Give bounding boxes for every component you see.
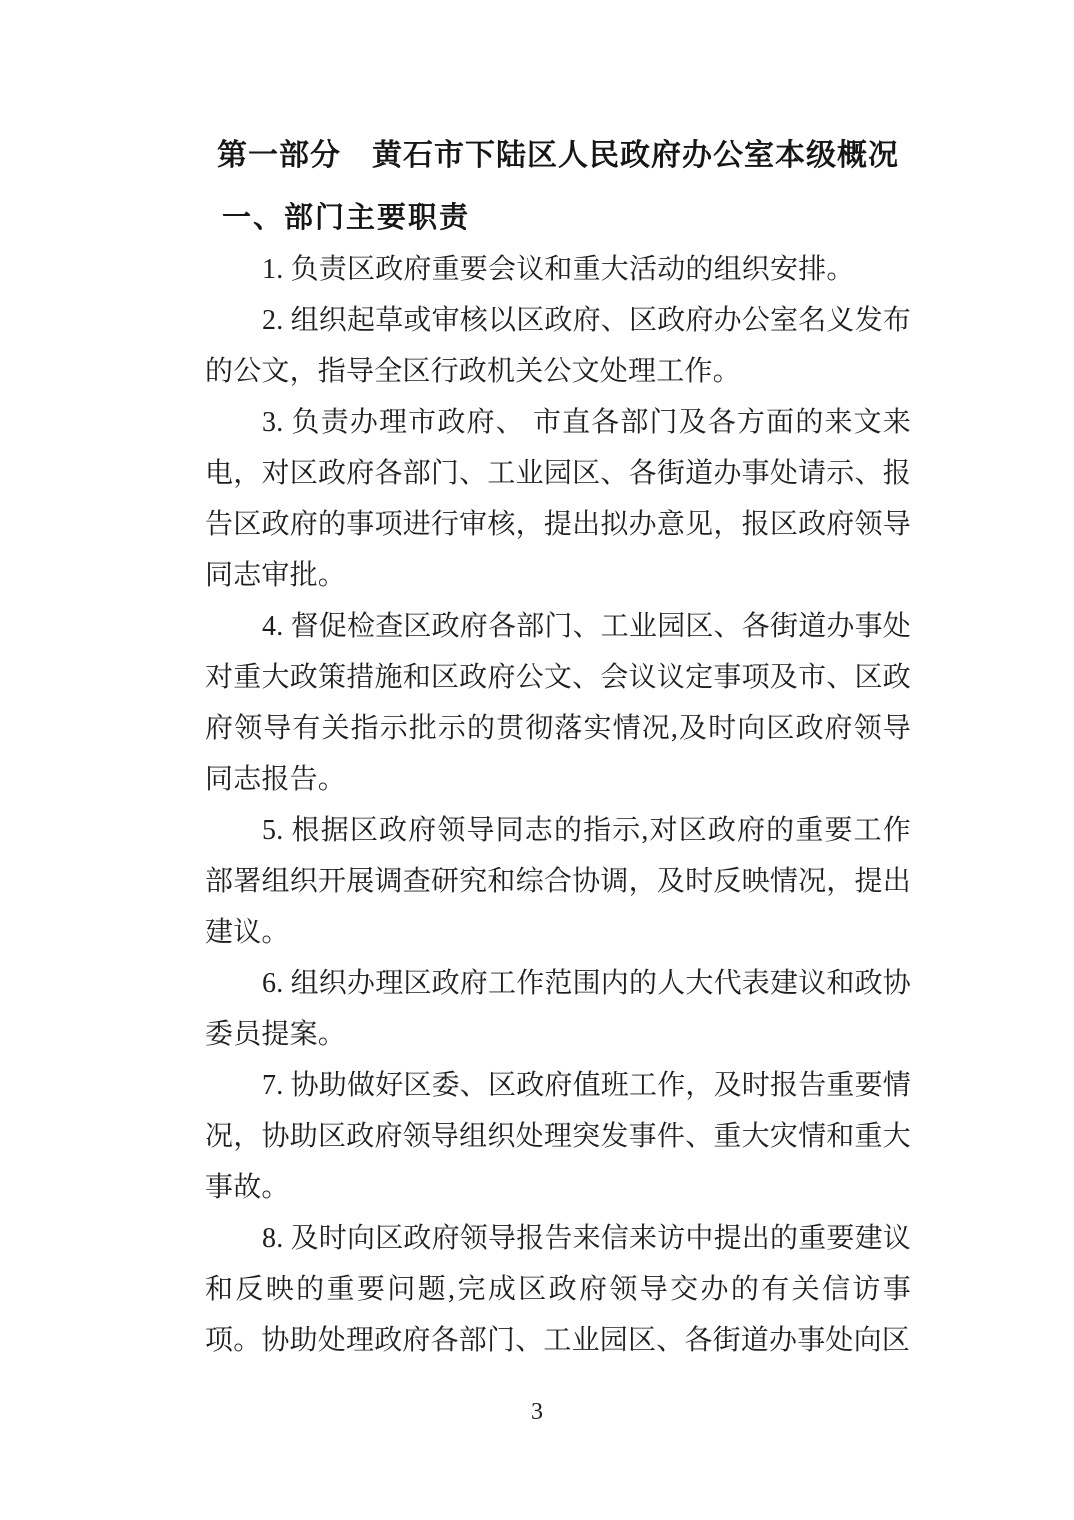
- document-content: 第一部分 黄石市下陆区人民政府办公室本级概况 一、部门主要职责 1. 负责区政府…: [205, 134, 911, 1366]
- page-number: 3: [531, 1396, 543, 1428]
- paragraph-duty-4: 4. 督促检查区政府各部门、工业园区、各街道办事处对重大政策措施和区政府公文、会…: [205, 601, 911, 805]
- section-heading: 一、部门主要职责: [222, 198, 911, 238]
- body-text: 1. 负责区政府重要会议和重大活动的组织安排。 2. 组织起草或审核以区政府、区…: [205, 244, 911, 1366]
- paragraph-duty-1: 1. 负责区政府重要会议和重大活动的组织安排。: [205, 244, 911, 295]
- paragraph-duty-2: 2. 组织起草或审核以区政府、区政府办公室名义发布的公文，指导全区行政机关公文处…: [205, 295, 911, 397]
- paragraph-duty-6: 6. 组织办理区政府工作范围内的人大代表建议和政协委员提案。: [205, 958, 911, 1060]
- document-page: 第一部分 黄石市下陆区人民政府办公室本级概况 一、部门主要职责 1. 负责区政府…: [0, 0, 1074, 1520]
- paragraph-duty-5: 5. 根据区政府领导同志的指示,对区政府的重要工作部署组织开展调查研究和综合协调…: [205, 805, 911, 958]
- page-footer: 3: [0, 1396, 1074, 1428]
- paragraph-duty-8: 8. 及时向区政府领导报告来信来访中提出的重要建议和反映的重要问题,完成区政府领…: [205, 1213, 911, 1366]
- paragraph-duty-7: 7. 协助做好区委、区政府值班工作，及时报告重要情况，协助区政府领导组织处理突发…: [205, 1060, 911, 1213]
- paragraph-duty-3: 3. 负责办理市政府、 市直各部门及各方面的来文来电，对区政府各部门、工业园区、…: [205, 397, 911, 601]
- document-title: 第一部分 黄石市下陆区人民政府办公室本级概况: [205, 134, 911, 178]
